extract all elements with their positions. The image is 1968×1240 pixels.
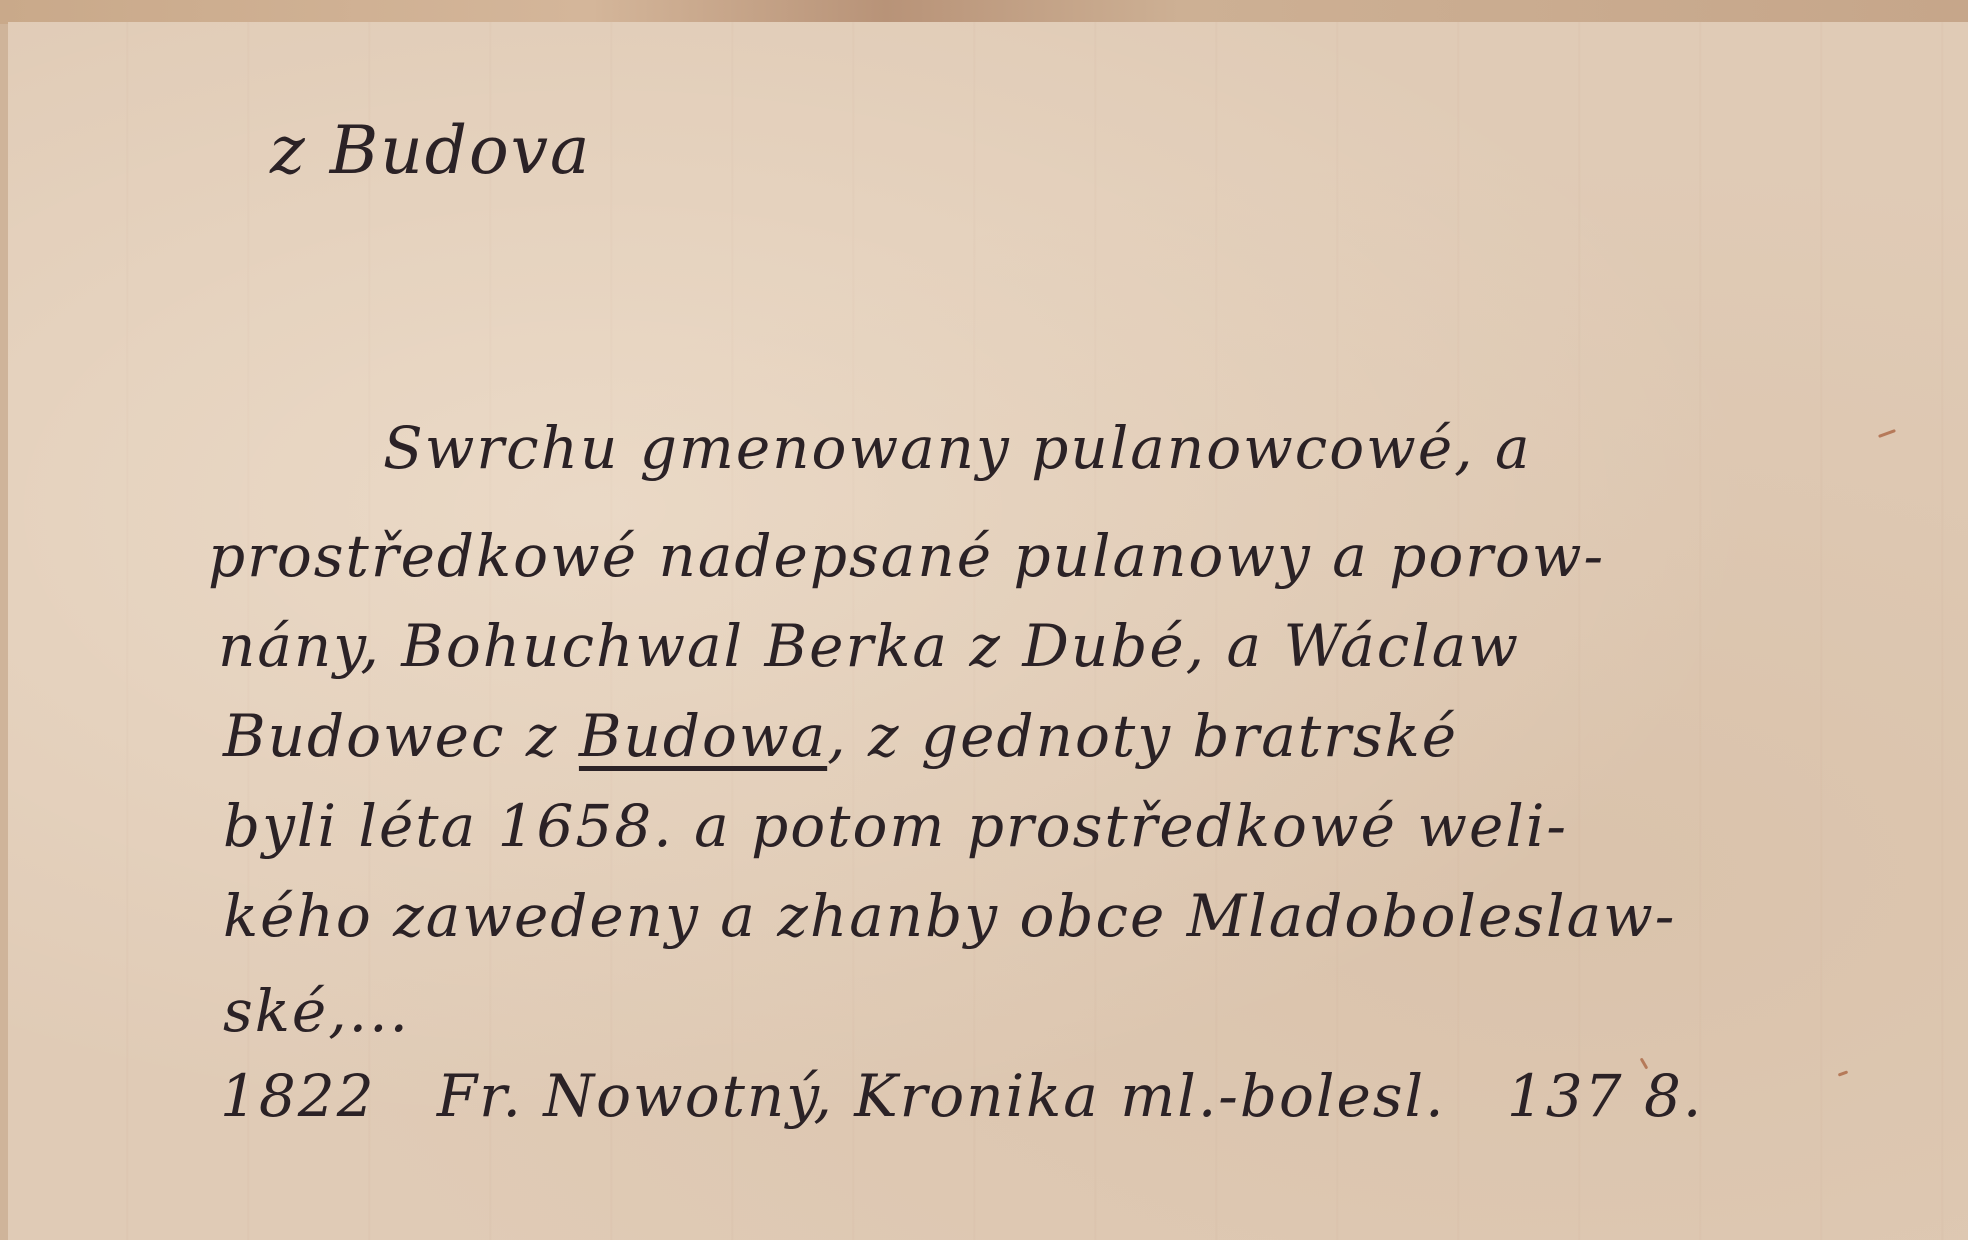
- citation-author: Fr. Nowotný,: [437, 1062, 834, 1130]
- text-line-2: prostředkowé nadepsané pulanowy a porow-: [208, 522, 1605, 590]
- paper-speck: [1838, 1070, 1848, 1076]
- citation-work: Kronika ml.-bolesl.: [854, 1062, 1445, 1130]
- underlined-place-name: Budowa: [579, 702, 827, 770]
- scan-top-edge: [0, 0, 1968, 24]
- text-line-4: Budowec z Budowa, z gednoty bratrské: [223, 702, 1458, 770]
- text-line-5: byli léta 1658. a potom prostředkowé wel…: [223, 792, 1568, 860]
- paper-speck: [1878, 429, 1896, 438]
- index-card: z Budova Swrchu gmenowany pulanowcowé, a…: [8, 22, 1968, 1240]
- text-line-7: ské,...: [223, 977, 410, 1045]
- text-line-6: kého zawedeny a zhanby obce Mladobolesla…: [223, 882, 1676, 950]
- card-heading: z Budova: [270, 112, 591, 189]
- text-line-3: nány, Bohuchwal Berka z Dubé, a Wáclaw: [218, 612, 1520, 680]
- citation-year: 1822: [220, 1062, 376, 1130]
- source-citation: 1822 Fr. Nowotný, Kronika ml.-bolesl. 13…: [220, 1062, 1703, 1130]
- text-line-4-post: , z gednoty bratrské: [827, 702, 1458, 770]
- text-line-1: Swrchu gmenowany pulanowcowé, a: [383, 414, 1532, 482]
- citation-page: 137 8.: [1507, 1062, 1703, 1130]
- text-line-4-pre: Budowec z: [223, 702, 579, 770]
